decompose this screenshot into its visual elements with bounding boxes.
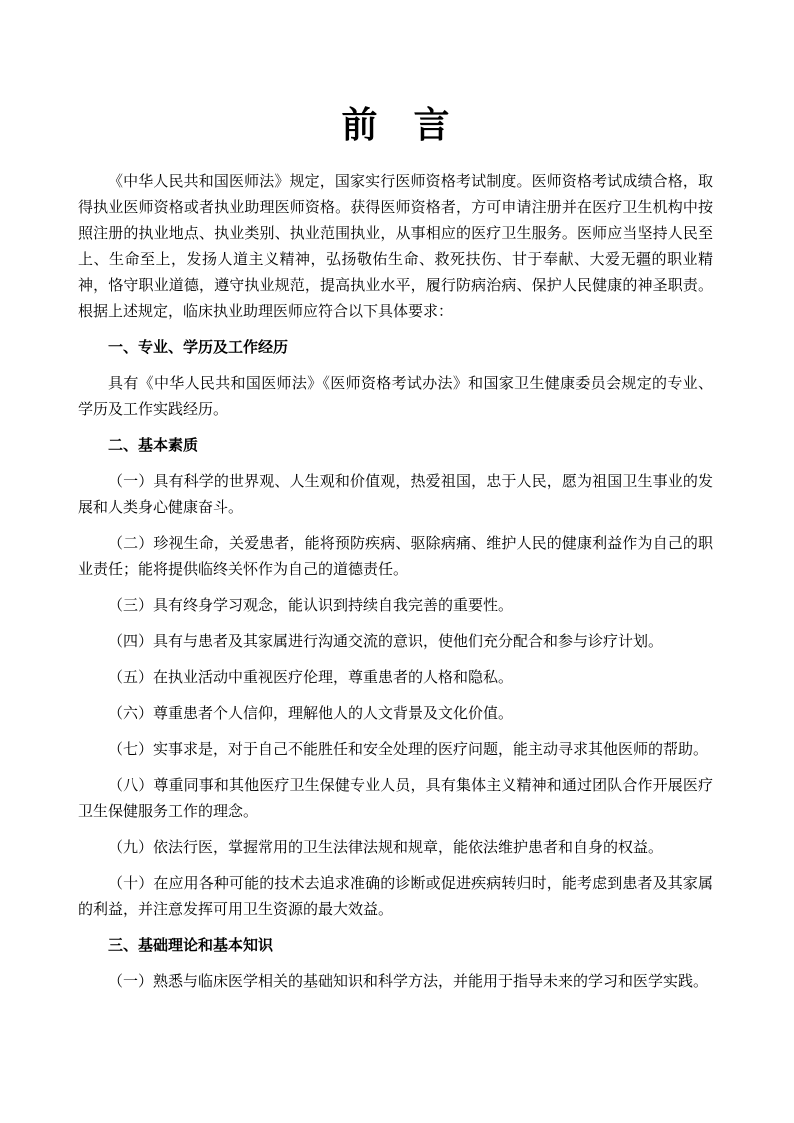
- document-page: 前 言 《中华人民共和国医师法》规定，国家实行医师资格考试制度。医师资格考试成绩…: [0, 0, 794, 1123]
- paragraph-item-9: （九）依法行医，掌握常用的卫生法律法规和规章，能依法维护患者和自身的权益。: [78, 835, 713, 861]
- document-body: 《中华人民共和国医师法》规定，国家实行医师资格考试制度。医师资格考试成绩合格，取…: [78, 169, 713, 995]
- paragraph-item-3: （三）具有终身学习观念，能认识到持续自我完善的重要性。: [78, 593, 713, 619]
- document-title: 前 言: [78, 103, 713, 147]
- paragraph-item-2: （二）珍视生命，关爱患者，能将预防疾病、驱除病痛、维护人民的健康利益作为自己的职…: [78, 531, 713, 583]
- paragraph-section1-body: 具有《中华人民共和国医师法》《医师资格考试办法》和国家卫生健康委员会规定的专业、…: [78, 371, 713, 423]
- paragraph-item-8: （八）尊重同事和其他医疗卫生保健专业人员，具有集体主义精神和通过团队合作开展医疗…: [78, 773, 713, 825]
- section-heading-2: 二、基本素质: [78, 433, 713, 459]
- section-heading-3: 三、基础理论和基本知识: [78, 933, 713, 959]
- paragraph-intro: 《中华人民共和国医师法》规定，国家实行医师资格考试制度。医师资格考试成绩合格，取…: [78, 169, 713, 325]
- paragraph-item-7: （七）实事求是，对于自己不能胜任和安全处理的医疗问题，能主动寻求其他医师的帮助。: [78, 737, 713, 763]
- paragraph-item-6: （六）尊重患者个人信仰，理解他人的人文背景及文化价值。: [78, 701, 713, 727]
- paragraph-item-5: （五）在执业活动中重视医疗伦理，尊重患者的人格和隐私。: [78, 665, 713, 691]
- paragraph-item-1: （一）具有科学的世界观、人生观和价值观，热爱祖国，忠于人民，愿为祖国卫生事业的发…: [78, 469, 713, 521]
- paragraph-section3-item-1: （一）熟悉与临床医学相关的基础知识和科学方法，并能用于指导未来的学习和医学实践。: [78, 969, 713, 995]
- section-heading-1: 一、专业、学历及工作经历: [78, 335, 713, 361]
- paragraph-item-10: （十）在应用各种可能的技术去追求准确的诊断或促进疾病转归时，能考虑到患者及其家属…: [78, 871, 713, 923]
- paragraph-item-4: （四）具有与患者及其家属进行沟通交流的意识，使他们充分配合和参与诊疗计划。: [78, 629, 713, 655]
